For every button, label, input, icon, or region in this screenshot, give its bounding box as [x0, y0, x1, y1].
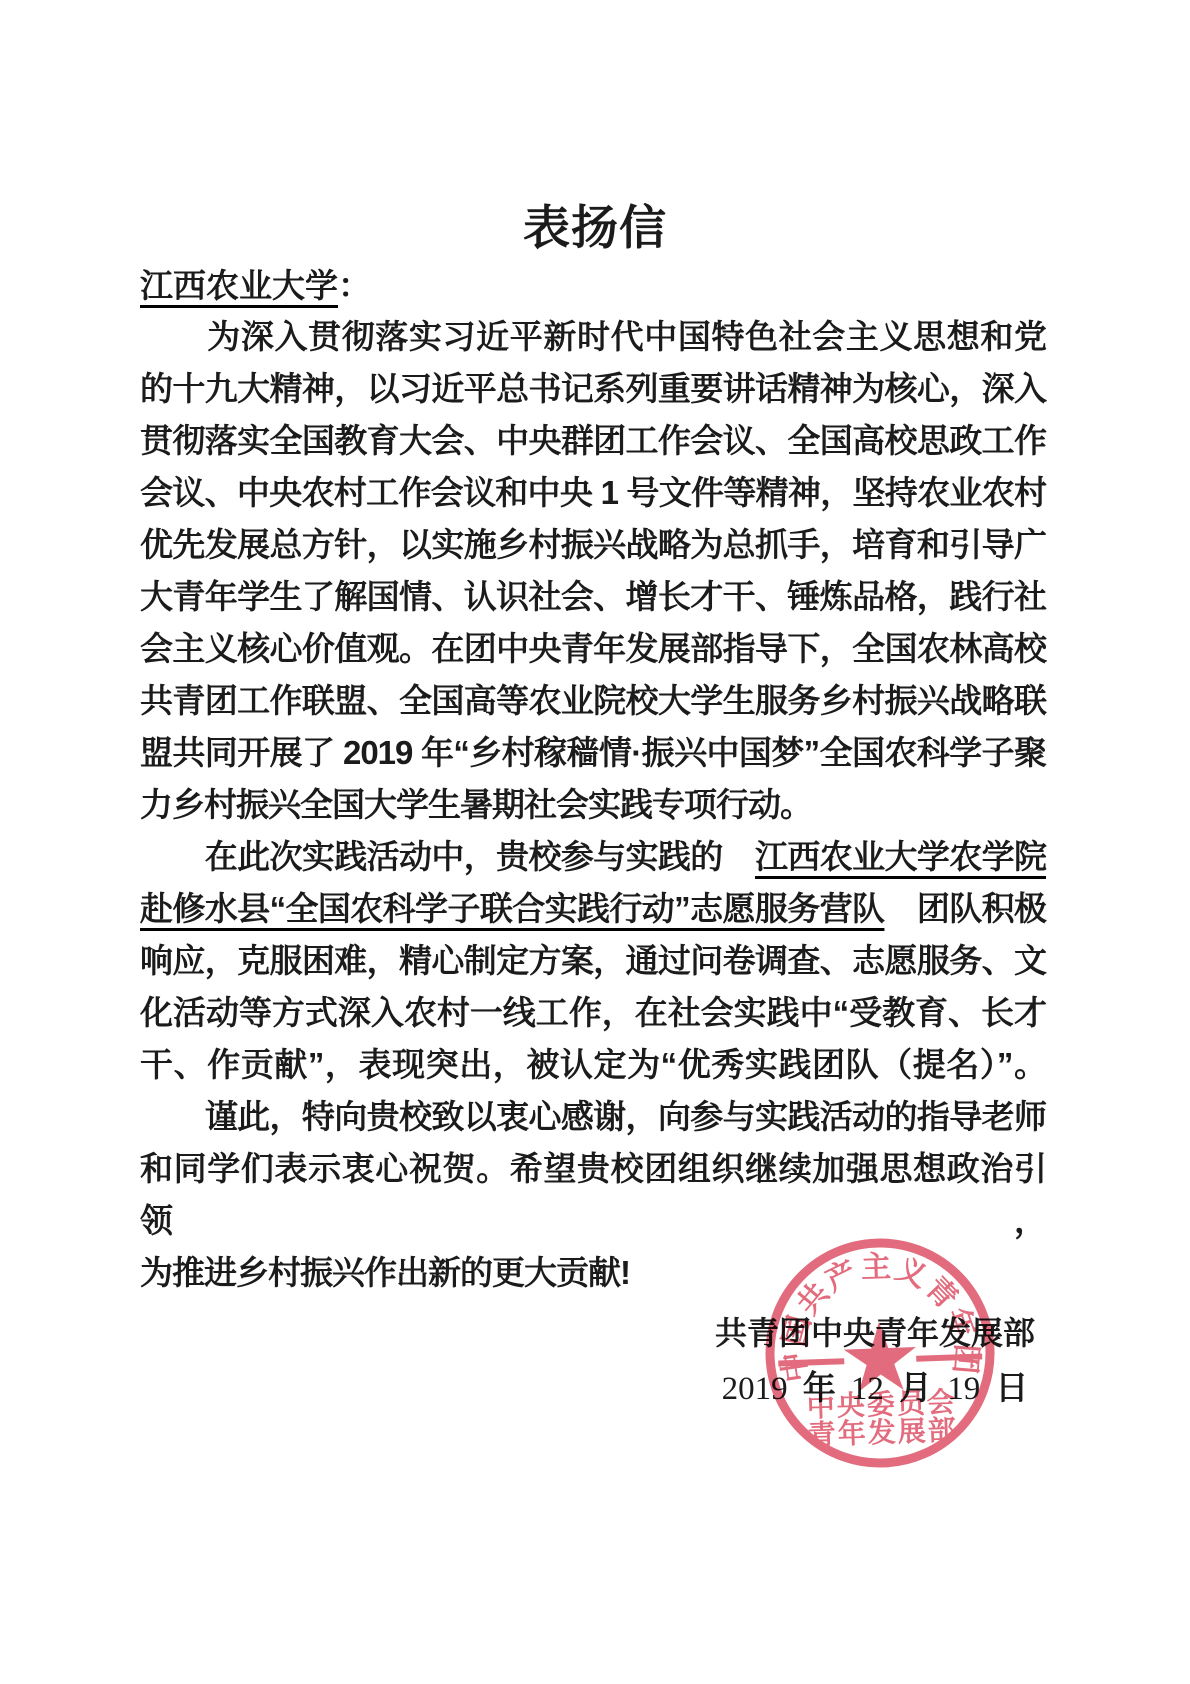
body-line: 力乡村振兴全国大学生暑期社会实践专项行动。: [140, 779, 1046, 831]
body-line: 会议、中央农村工作会议和中央 1 号文件等精神，坚持农业农村: [140, 467, 1046, 519]
body-text: 会主义核心价值观。在团中央青年发展部指导下，全国农林高校: [140, 630, 1046, 667]
body-line: 干、作贡献”，表现突出，被认定为“优秀实践团队（提名）”。: [140, 1039, 1046, 1091]
letter-body: 为深入贯彻落实习近平新时代中国特色社会主义思想和党的十九大精神，以习近平总书记系…: [140, 311, 1046, 1299]
body-text: 谨此，特向贵校致以衷心感谢，向参与实践活动的指导老师: [140, 1098, 1046, 1135]
body-line: 赴修水县“全国农科学子联合实践行动”志愿服务营队 团队积极: [140, 883, 1046, 935]
date-unit: 月: [884, 1369, 947, 1406]
body-text: 共青团工作联盟、全国高等农业院校大学生服务乡村振兴战略联: [140, 682, 1046, 719]
date-line: 2019 年 12 月 19 日: [690, 1360, 1060, 1417]
body-text: 在此次实践活动中，贵校参与实践的: [140, 838, 755, 875]
body-text: 为深入贯彻落实习近平新时代中国特色社会主义思想和党: [140, 318, 1046, 355]
body-line: 为深入贯彻落实习近平新时代中国特色社会主义思想和党: [140, 311, 1046, 363]
body-line: 化活动等方式深入农村一线工作，在社会实践中“受教育、长才: [140, 987, 1046, 1039]
body-text: 贯彻落实全国教育大会、中央群团工作会议、全国高校思政工作: [140, 422, 1046, 459]
underlined-text: 江西农业大学农学院: [755, 838, 1046, 875]
body-line: 共青团工作联盟、全国高等农业院校大学生服务乡村振兴战略联: [140, 675, 1046, 727]
body-text: 会议、中央农村工作会议和中央 1 号文件等精神，坚持农业农村: [140, 474, 1046, 511]
body-text: 和同学们表示衷心祝贺。希望贵校团组织继续加强思想政治引领，: [140, 1150, 1046, 1239]
body-text: 盟共同开展了 2019 年“乡村稼穑情·振兴中国梦”全国农科学子聚: [140, 734, 1046, 771]
body-text: 的十九大精神，以习近平总书记系列重要讲话精神为核心，深入: [140, 370, 1046, 407]
body-line: 会主义核心价值观。在团中央青年发展部指导下，全国农林高校: [140, 623, 1046, 675]
signature-line: 共青团中央青年发展部: [690, 1307, 1060, 1360]
paragraph: 为深入贯彻落实习近平新时代中国特色社会主义思想和党的十九大精神，以习近平总书记系…: [140, 311, 1046, 831]
body-text: 大青年学生了解国情、认识社会、增长才干、锤炼品格，践行社: [140, 578, 1046, 615]
body-text: 力乡村振兴全国大学生暑期社会实践专项行动。: [140, 786, 812, 823]
body-line: 贯彻落实全国教育大会、中央群团工作会议、全国高校思政工作: [140, 415, 1046, 467]
date-unit: 年: [788, 1369, 851, 1406]
letter-title: 表扬信: [0, 200, 1190, 256]
body-line: 大青年学生了解国情、认识社会、增长才干、锤炼品格，践行社: [140, 571, 1046, 623]
date-unit: 日: [980, 1369, 1028, 1406]
salutation-recipient: 江西农业大学: [140, 267, 338, 304]
date-number: 12: [851, 1371, 884, 1407]
body-text: 优先发展总方针，以实施乡村振兴战略为总抓手，培育和引导广: [140, 526, 1046, 563]
body-line: 优先发展总方针，以实施乡村振兴战略为总抓手，培育和引导广: [140, 519, 1046, 571]
body-text: 干、作贡献”，表现突出，被认定为“优秀实践团队（提名）”。: [140, 1046, 1046, 1083]
body-line: 盟共同开展了 2019 年“乡村稼穑情·振兴中国梦”全国农科学子聚: [140, 727, 1046, 779]
body-line: 响应，克服困难，精心制定方案，通过问卷调查、志愿服务、文: [140, 935, 1046, 987]
body-line: 在此次实践活动中，贵校参与实践的 江西农业大学农学院: [140, 831, 1046, 883]
body-line: 谨此，特向贵校致以衷心感谢，向参与实践活动的指导老师: [140, 1091, 1046, 1143]
body-text: 响应，克服困难，精心制定方案，通过问卷调查、志愿服务、文: [140, 942, 1046, 979]
salutation-colon: ：: [338, 267, 371, 304]
paragraph: 谨此，特向贵校致以衷心感谢，向参与实践活动的指导老师和同学们表示衷心祝贺。希望贵…: [140, 1091, 1046, 1299]
body-line: 的十九大精神，以习近平总书记系列重要讲话精神为核心，深入: [140, 363, 1046, 415]
body-text: 团队积极: [884, 890, 1046, 927]
body-line: 和同学们表示衷心祝贺。希望贵校团组织继续加强思想政治引领，: [140, 1143, 1046, 1247]
body-text: 化活动等方式深入农村一线工作，在社会实践中“受教育、长才: [140, 994, 1046, 1031]
seal-inner-text-2: 青年发展部: [807, 1413, 958, 1450]
date-number: 2019: [722, 1371, 788, 1407]
date-number: 19: [947, 1371, 980, 1407]
paragraph: 在此次实践活动中，贵校参与实践的 江西农业大学农学院赴修水县“全国农科学子联合实…: [140, 831, 1046, 1091]
body-text: 为推进乡村振兴作出新的更大贡献!: [140, 1254, 630, 1291]
underlined-text: 赴修水县“全国农科学子联合实践行动”志愿服务营队: [140, 890, 884, 927]
letter-page: 表扬信 江西农业大学： 为深入贯彻落实习近平新时代中国特色社会主义思想和党的十九…: [0, 0, 1190, 1684]
salutation: 江西农业大学：: [140, 265, 1046, 307]
body-line: 为推进乡村振兴作出新的更大贡献!: [140, 1247, 1046, 1299]
closing-block: 共青团中央青年发展部 2019 年 12 月 19 日: [690, 1307, 1060, 1417]
